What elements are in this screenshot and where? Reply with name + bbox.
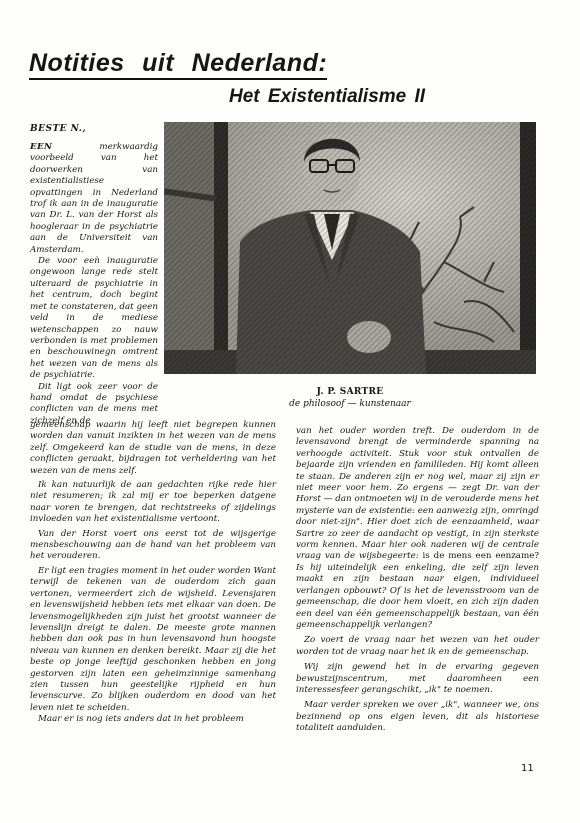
paragraph: Zo voert de vraag naar het wezen van het… xyxy=(296,635,539,658)
paragraph: Wij zijn gewend het in de ervaring gegev… xyxy=(296,662,539,696)
paragraph: gemeenschap waarin hij leeft niet begrep… xyxy=(30,420,276,477)
paragraph: De voor eeǹ inauguratie ongewoon lange r… xyxy=(30,256,158,381)
salutation: BESTE N., xyxy=(30,124,86,134)
paragraph: Maar er is nog iets anders dat in het pr… xyxy=(30,714,276,725)
drop-lead: EEN xyxy=(30,142,52,152)
paragraph: EEN merkwaardig voorbeeld van het doorwe… xyxy=(30,142,158,256)
portrait-image-icon xyxy=(164,122,536,374)
emphasized-question: is de mens een eenzame? xyxy=(423,551,539,561)
article-title: Het Existentialisme II xyxy=(229,85,425,109)
article-section-title: Notities uit Nederland: xyxy=(29,48,327,80)
paragraph: Maar verder spreken we over „ik", wannee… xyxy=(296,700,539,734)
paragraph: Van der Horst voert ons eerst tot de wij… xyxy=(30,529,276,563)
paragraph: Er ligt een tragies moment in het ouder … xyxy=(30,566,276,714)
paragraph: van het ouder worden treft. De ouderdom … xyxy=(296,426,539,631)
paragraph: Ik kan natuurlijk de aan gedachten rijke… xyxy=(30,480,276,526)
page-number: 11 xyxy=(521,763,534,774)
photo-caption-description: de philosoof — kunstenaar xyxy=(164,399,536,409)
narrow-text-column: EEN merkwaardig voorbeeld van het doorwe… xyxy=(30,142,158,427)
right-text-column: van het ouder worden treft. De ouderdom … xyxy=(296,426,539,735)
sartre-photo xyxy=(164,122,536,374)
left-text-column: gemeenschap waarin hij leeft niet begrep… xyxy=(30,420,276,726)
photo-caption-name: J. P. SARTRE xyxy=(164,387,536,397)
